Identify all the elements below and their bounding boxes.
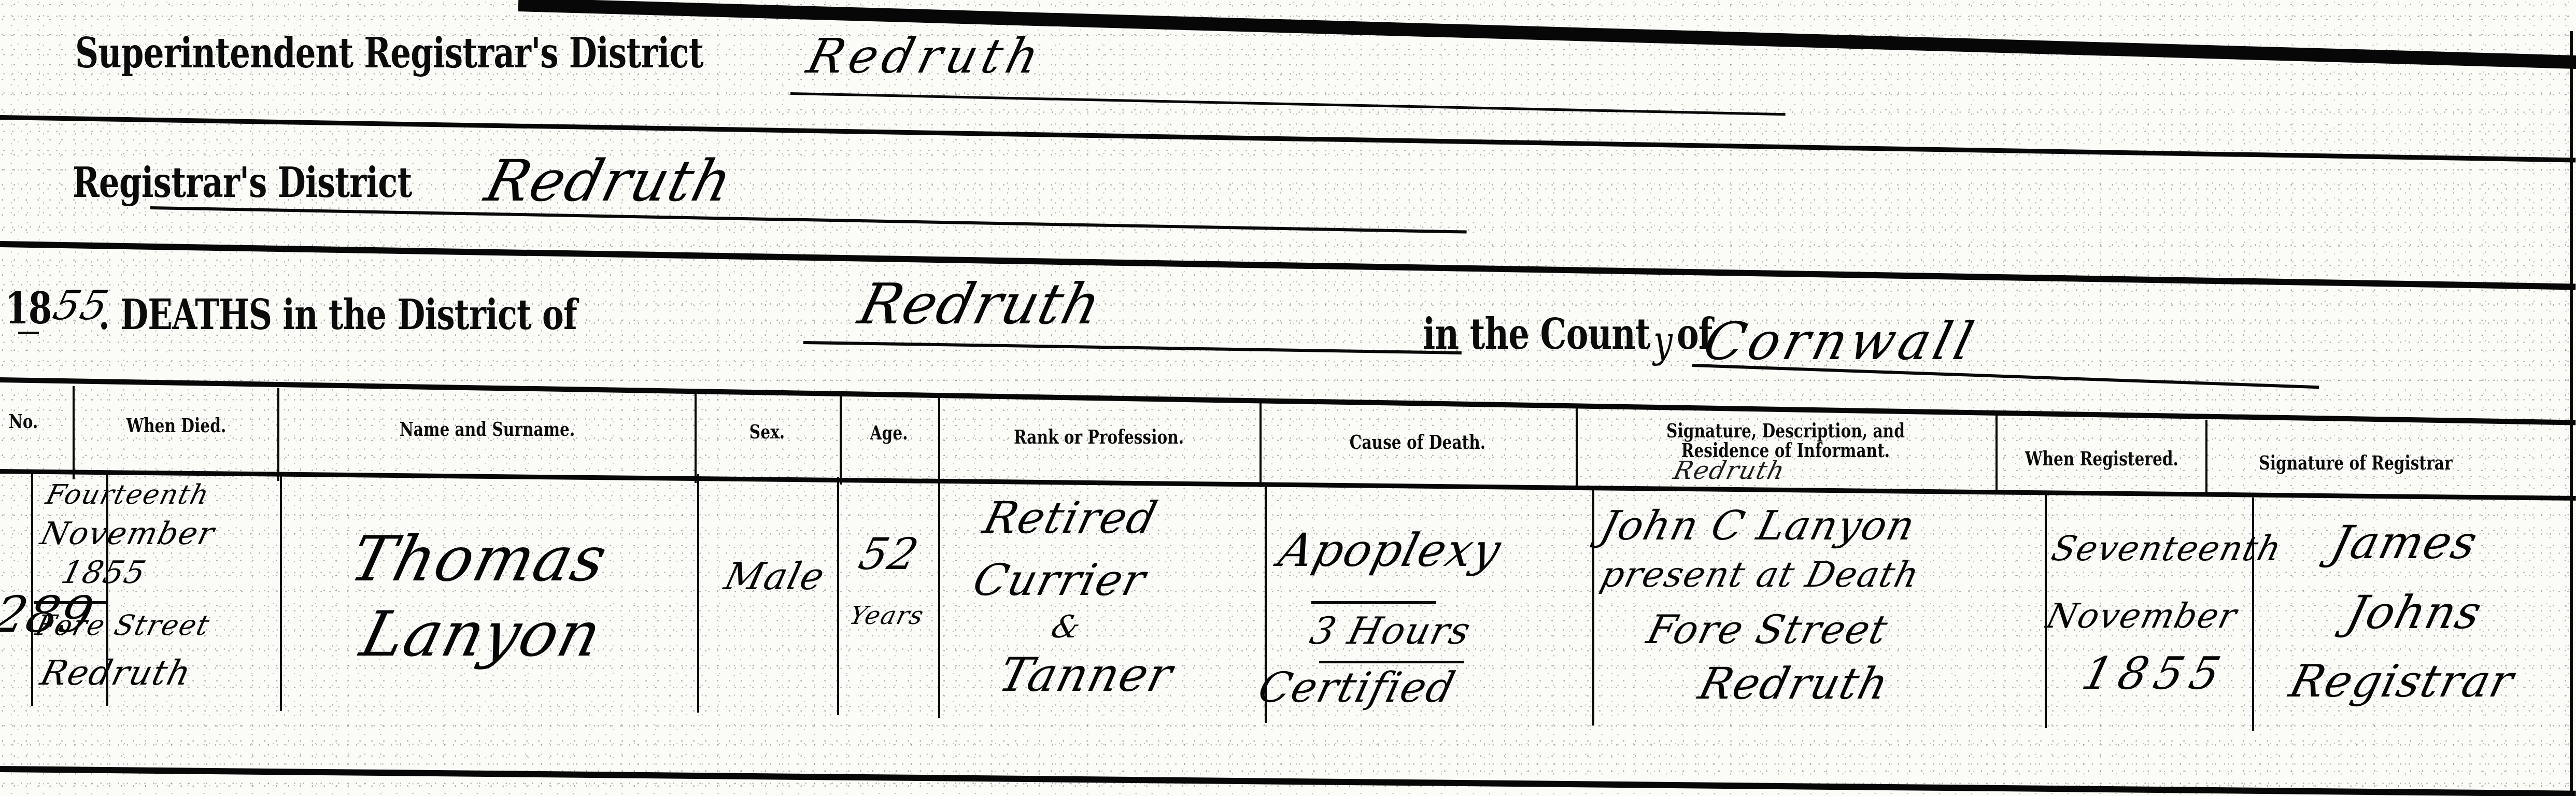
- informant-street: Fore Street: [1643, 606, 1893, 652]
- county-label-a: in the Count: [1423, 309, 1650, 359]
- col-sep-1: [73, 386, 75, 479]
- col-header-registrar: Signature of Registrar: [2243, 451, 2469, 474]
- deceased-surname: Lanyon: [354, 599, 610, 671]
- deaths-label: . DEATHS in the District of: [98, 290, 577, 339]
- registrar-label: Registrar's District: [73, 158, 412, 207]
- col-header-informant: Signature, Description, and Residence of…: [1626, 421, 1945, 460]
- where-died-town: Redruth: [36, 653, 195, 693]
- col-header-when-registered: When Registered.: [2023, 447, 2181, 470]
- superintendent-value: Redruth: [802, 29, 1050, 84]
- registered-day: Seventeenth: [2047, 529, 2286, 568]
- col-sep-3: [695, 390, 697, 483]
- deceased-sex: Male: [720, 555, 830, 598]
- county-label-y: y: [1650, 316, 1677, 366]
- superintendent-underline: [790, 92, 1786, 116]
- when-died-day: Fourteenth: [43, 479, 213, 510]
- when-died-divider: [34, 601, 106, 604]
- registrar-forename: James: [2326, 516, 2483, 569]
- col-header-informant-line1: Signature, Description, and: [1626, 421, 1945, 440]
- registrar-underline: [150, 206, 1467, 234]
- year-underline: [18, 332, 39, 334]
- col-header-rank: Rank or Profession.: [978, 425, 1220, 448]
- rank-line-1: Retired: [979, 492, 1163, 543]
- registered-year: 1855: [2077, 648, 2233, 700]
- when-died-month: November: [37, 516, 219, 552]
- cause-divider-1: [1311, 601, 1436, 604]
- deceased-forename: Thomas: [344, 523, 615, 595]
- table-row: 289 Fourteenth November 1855 Fore Street…: [0, 472, 2576, 720]
- informant-name: John C Lanyon: [1596, 503, 1920, 549]
- col-header-name: Name and Surname.: [334, 417, 641, 440]
- when-died-year: 1855: [58, 555, 150, 591]
- superintendent-label: Superintendent Registrar's District: [75, 29, 703, 77]
- row-bottom-rule: [0, 766, 2576, 796]
- registered-month: November: [2042, 596, 2241, 636]
- cause-of-death: Apoplexy: [1273, 523, 1507, 577]
- cause-duration: 3 Hours: [1306, 609, 1476, 652]
- informant-town: Redruth: [1694, 658, 1894, 709]
- district-value: Redruth: [852, 272, 1108, 337]
- col-header-no: No.: [5, 409, 41, 433]
- rank-line-4: Tanner: [994, 648, 1179, 702]
- divider-rule-2: [0, 241, 2575, 290]
- col-sep-2: [277, 388, 279, 481]
- district-underline: [803, 341, 1462, 354]
- col-header-cause: Cause of Death.: [1298, 430, 1537, 453]
- registrar-surname: Johns: [2341, 586, 2487, 639]
- where-died-street: Fore Street: [32, 609, 214, 642]
- registrar-value: Redruth: [479, 148, 740, 214]
- county-label: in the Countyof: [1423, 308, 1712, 359]
- informant-description: present at Death: [1596, 555, 1924, 595]
- county-value: Cornwall: [1697, 311, 1983, 372]
- col-sep-4: [840, 391, 842, 485]
- registrar-title: Registrar: [2285, 656, 2520, 707]
- divider-rule-1: [0, 115, 2575, 162]
- rank-line-2: Currier: [968, 555, 1152, 605]
- col-header-age: Age.: [855, 421, 924, 444]
- col-header-sex: Sex.: [715, 420, 820, 443]
- cause-certified: Certified: [1253, 663, 1460, 712]
- deceased-age-unit: Years: [846, 601, 927, 630]
- rank-line-3: &: [1048, 609, 1085, 645]
- deceased-age: 52: [854, 529, 924, 579]
- county-underline: [1692, 364, 2319, 389]
- col-header-when-died: When Died.: [100, 414, 253, 437]
- year-prefix: 18: [5, 282, 52, 334]
